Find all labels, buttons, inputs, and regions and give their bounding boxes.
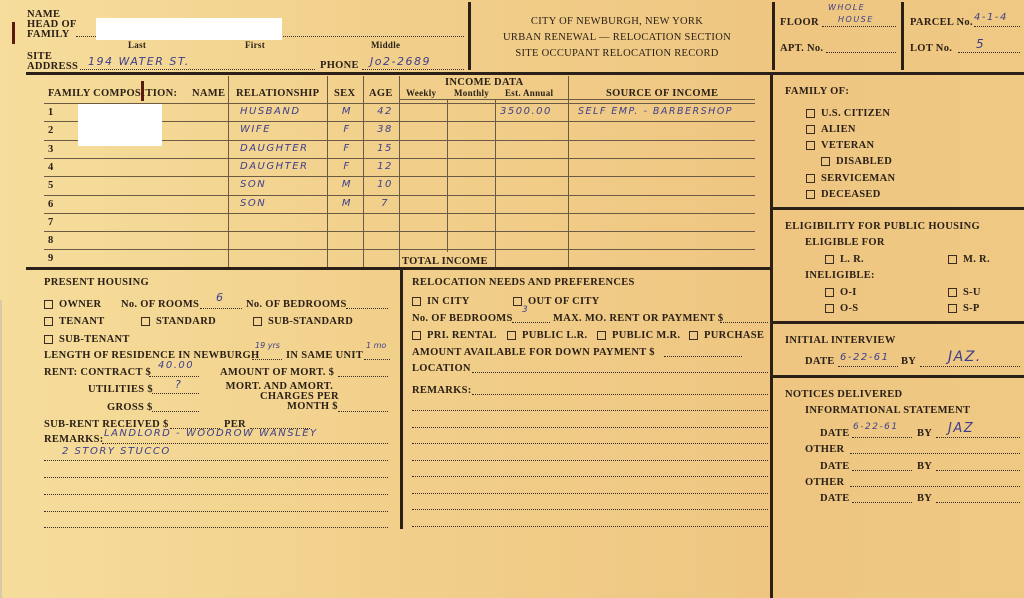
down-payment-field[interactable] <box>664 356 742 357</box>
same-unit-value: 1 mo <box>366 341 386 350</box>
housing-remarks-label: REMARKS: <box>44 434 104 445</box>
checkbox-icon <box>141 317 150 326</box>
member-sex-cell[interactable]: M <box>336 198 358 209</box>
table-right-border <box>770 72 773 598</box>
checkbox-icon <box>825 255 834 264</box>
relocation-remarks-line-3[interactable] <box>412 427 768 428</box>
member-relationship-cell[interactable]: SON <box>240 198 324 209</box>
checkbox-alien[interactable]: ALIEN <box>806 124 856 135</box>
other-1-by-field[interactable] <box>936 470 1020 471</box>
relocation-remarks-label: REMARKS: <box>412 385 472 396</box>
info-by-field[interactable] <box>936 437 1020 438</box>
header-bottom-rule <box>26 72 1024 75</box>
member-sex-cell[interactable]: F <box>336 161 358 172</box>
checkbox-ineligible-sp[interactable]: S-P <box>948 303 980 314</box>
interview-date-field[interactable] <box>838 366 898 367</box>
member-age-cell[interactable]: 42 <box>372 106 398 117</box>
member-relationship-cell[interactable]: WIFE <box>240 124 324 135</box>
member-sex-cell[interactable]: M <box>336 179 358 190</box>
left-edge-shadow <box>0 300 2 598</box>
other-2-date-field[interactable] <box>852 502 912 503</box>
checkbox-icon <box>412 297 421 306</box>
form-title-line-3: SITE OCCUPANT RELOCATION RECORD <box>478 46 756 62</box>
utilities-value: ? <box>175 378 182 391</box>
relocation-remarks-line-5[interactable] <box>412 460 768 461</box>
residence-field[interactable] <box>252 359 282 360</box>
utilities-label: UTILITIES $ <box>88 384 153 395</box>
checkbox-serviceman[interactable]: SERVICEMAN <box>806 173 895 184</box>
checkbox-ineligible-oi[interactable]: O-I <box>825 287 857 298</box>
max-rent-field[interactable] <box>720 322 768 323</box>
name-head-of-family-label: NAME HEAD OF FAMILY <box>27 10 77 40</box>
binder-mark <box>141 81 144 101</box>
other-1-label: OTHER <box>805 444 844 455</box>
col-age-header: AGE <box>369 88 393 99</box>
member-sex-cell[interactable]: F <box>336 124 358 135</box>
checkbox-icon <box>806 141 815 150</box>
row-number: 9 <box>48 253 54 264</box>
col-source-header: SOURCE OF INCOME <box>606 88 718 99</box>
checkbox-deceased[interactable]: DECEASED <box>806 189 881 200</box>
col-line-annual <box>495 100 496 268</box>
member-annual-cell[interactable]: 3500.00 <box>500 106 566 117</box>
rooms-value: 6 <box>216 291 225 304</box>
checkbox-icon <box>806 109 815 118</box>
col-monthly-header: Monthly <box>454 88 489 98</box>
interview-by-field[interactable] <box>920 366 1020 367</box>
checkbox-icon <box>44 300 53 309</box>
col-income-group-header: INCOME DATA <box>445 77 523 88</box>
parcel-value: 4-1-4 <box>974 12 1008 23</box>
relocation-bedrooms-field[interactable] <box>512 322 550 323</box>
rent-contract-value: 40.00 <box>158 360 194 371</box>
checkbox-purchase[interactable]: PURCHASE <box>689 330 764 341</box>
parcel-field-line[interactable] <box>974 26 1020 27</box>
apt-label: APT. No. <box>780 43 823 54</box>
name-middle-label: Middle <box>371 40 400 50</box>
mortgage-amount-label: AMOUNT OF MORT. $ <box>220 367 334 378</box>
checkbox-icon <box>597 331 606 340</box>
other-1-date-field[interactable] <box>852 470 912 471</box>
checkbox-substandard[interactable]: SUB-STANDARD <box>253 316 353 327</box>
parcel-label: PARCEL No. <box>910 17 973 28</box>
rent-contract-label: RENT: CONTRACT $ <box>44 367 151 378</box>
mortgage-amount-field[interactable] <box>338 376 388 377</box>
rooms-label: No. OF ROOMS <box>121 299 199 310</box>
housing-remarks-line-6[interactable] <box>44 527 388 528</box>
col-line-source <box>568 76 569 268</box>
interview-by-label: BY <box>901 356 916 367</box>
other-2-by-label: BY <box>917 493 932 504</box>
interview-by-value: JAZ. <box>948 349 982 365</box>
checkbox-ineligible-su[interactable]: S-U <box>948 287 981 298</box>
residence-value: 19 yrs <box>255 341 280 350</box>
form-title: CITY OF NEWBURGH, NEW YORK URBAN RENEWAL… <box>478 14 756 62</box>
row-number: 8 <box>48 235 54 246</box>
same-unit-label: IN SAME UNIT <box>286 350 363 361</box>
checkbox-icon <box>948 288 957 297</box>
row-number: 4 <box>48 162 54 173</box>
row-number: 1 <box>48 107 54 118</box>
family-of-heading: FAMILY OF: <box>785 86 849 97</box>
same-unit-field[interactable] <box>364 359 390 360</box>
site-address-label: SITE ADDRESS <box>27 52 78 72</box>
eligibility-bottom-rule <box>770 321 1024 324</box>
col-annual-header: Est. Annual <box>505 88 553 98</box>
eligible-for-label: ELIGIBLE FOR <box>805 237 885 248</box>
checkbox-icon <box>825 304 834 313</box>
member-relationship-cell[interactable]: SON <box>240 179 324 190</box>
member-sex-cell[interactable]: M <box>336 106 358 117</box>
checkbox-icon <box>513 297 522 306</box>
checkbox-in-city[interactable]: IN CITY <box>412 296 470 307</box>
housing-remarks-value-1: LANDLORD - WOODROW WANSLEY <box>104 428 318 439</box>
relocation-remarks-line-9[interactable] <box>412 526 768 527</box>
table-bottom-rule <box>26 267 772 270</box>
info-date-label: DATE <box>820 428 850 439</box>
name-first-label: First <box>245 40 265 50</box>
rooms-field[interactable] <box>200 308 242 309</box>
lot-field-line[interactable] <box>958 52 1020 53</box>
checkbox-veteran[interactable]: VETERAN <box>806 140 874 151</box>
checkbox-icon <box>44 317 53 326</box>
checkbox-pri-rental[interactable]: PRI. RENTAL <box>412 330 497 341</box>
bedrooms-field[interactable] <box>346 308 388 309</box>
site-address-value: 194 WATER ST. <box>88 55 190 68</box>
initial-interview-heading: INITIAL INTERVIEW <box>785 335 896 346</box>
relocation-heading: RELOCATION NEEDS AND PREFERENCES <box>412 277 635 288</box>
row-number: 3 <box>48 144 54 155</box>
apt-field-line[interactable] <box>826 52 896 53</box>
interview-date-value: 6-22-61 <box>840 352 890 363</box>
lot-label: LOT No. <box>910 43 952 54</box>
margin-mark <box>12 22 15 44</box>
member-age-cell[interactable]: 7 <box>372 198 398 209</box>
checkbox-owner[interactable]: OWNER <box>44 299 101 310</box>
floor-value-line-2: HOUSE <box>838 15 874 24</box>
other-2-label: OTHER <box>805 477 844 488</box>
member-name-cell[interactable] <box>60 159 226 177</box>
checkbox-icon <box>689 331 698 340</box>
relocation-remarks-line-6[interactable] <box>412 476 768 477</box>
mort-amort-field[interactable] <box>338 411 388 412</box>
member-relationship-cell[interactable]: HUSBAND <box>240 106 324 117</box>
other-1-by-label: BY <box>917 461 932 472</box>
site-address-field-line[interactable] <box>80 69 315 70</box>
relocation-bedrooms-label: No. OF BEDROOMS <box>412 313 513 324</box>
checkbox-icon <box>253 317 262 326</box>
row-number: 7 <box>48 217 54 228</box>
housing-remarks-line-3[interactable] <box>44 477 388 478</box>
checkbox-public-lr[interactable]: PUBLIC L.R. <box>507 330 587 341</box>
checkbox-icon <box>821 157 830 166</box>
member-source-cell[interactable]: SELF EMP. - BARBERSHOP <box>578 106 758 117</box>
col-line-relationship <box>228 76 229 268</box>
housing-relocation-divider <box>400 267 403 529</box>
checkbox-standard[interactable]: STANDARD <box>141 316 216 327</box>
location-label: LOCATION <box>412 363 471 374</box>
checkbox-public-mr[interactable]: PUBLIC M.R. <box>597 330 680 341</box>
checkbox-us-citizen[interactable]: U.S. CITIZEN <box>806 108 890 119</box>
checkbox-eligible-lr[interactable]: L. R. <box>825 254 864 265</box>
member-name-cell[interactable] <box>60 177 226 195</box>
member-relationship-cell[interactable]: DAUGHTER <box>240 161 324 172</box>
checkbox-icon <box>948 255 957 264</box>
col-relationship-header: RELATIONSHIP <box>236 88 319 99</box>
col-line-weekly <box>399 76 400 268</box>
other-1-date-label: DATE <box>820 461 850 472</box>
checkbox-icon <box>412 331 421 340</box>
col-name-header: NAME <box>192 88 225 99</box>
member-name-cell[interactable] <box>60 214 226 232</box>
member-age-cell[interactable]: 38 <box>372 124 398 135</box>
header-divider-2 <box>772 2 775 70</box>
bedrooms-label: No. OF BEDROOMS <box>246 299 347 310</box>
member-name-cell[interactable] <box>60 250 226 268</box>
housing-remarks-value-2: 2 STORY STUCCO <box>62 446 171 457</box>
member-name-redaction <box>78 104 162 146</box>
phone-field-line[interactable] <box>362 69 464 70</box>
relocation-remarks-line-7[interactable] <box>412 493 768 494</box>
header-divider-3 <box>901 2 904 70</box>
floor-label: FLOOR <box>780 17 819 28</box>
housing-remarks-line-2[interactable] <box>44 460 388 461</box>
checkbox-tenant[interactable]: TENANT <box>44 316 105 327</box>
down-payment-label: AMOUNT AVAILABLE FOR DOWN PAYMENT $ <box>412 347 655 358</box>
present-housing-heading: PRESENT HOUSING <box>44 277 149 288</box>
col-sex-header: SEX <box>334 88 355 99</box>
checkbox-disabled[interactable]: DISABLED <box>821 156 892 167</box>
mort-amort-label: MORT. AND AMORT. CHARGES PER MONTH $ <box>220 382 339 412</box>
other-2-date-label: DATE <box>820 493 850 504</box>
member-name-cell[interactable] <box>60 232 226 250</box>
family-composition-heading: FAMILY COMPOSITION: <box>48 88 177 99</box>
row-number: 2 <box>48 125 54 136</box>
name-last-label: Last <box>128 40 146 50</box>
residence-label: LENGTH OF RESIDENCE IN NEWBURGH <box>44 350 259 361</box>
checkbox-icon <box>948 304 957 313</box>
checkbox-icon <box>806 125 815 134</box>
interview-bottom-rule <box>770 375 1024 378</box>
member-age-cell[interactable]: 15 <box>372 143 398 154</box>
checkbox-icon <box>806 190 815 199</box>
checkbox-eligible-mr[interactable]: M. R. <box>948 254 990 265</box>
phone-label: PHONE <box>320 60 359 71</box>
member-relationship-cell[interactable]: DAUGHTER <box>240 143 324 154</box>
eligibility-heading: ELIGIBILITY FOR PUBLIC HOUSING <box>785 221 980 232</box>
info-by-value: JAZ <box>948 421 974 436</box>
relocation-remarks-line-8[interactable] <box>412 509 768 510</box>
info-date-value: 6-22-61 <box>853 422 899 432</box>
checkbox-icon <box>806 174 815 183</box>
notices-heading: NOTICES DELIVERED <box>785 389 902 400</box>
checkbox-subtenant[interactable]: SUB-TENANT <box>44 334 130 345</box>
other-2-field[interactable] <box>850 486 1020 487</box>
family-of-bottom-rule <box>770 207 1024 210</box>
relocation-remarks-line-2[interactable] <box>412 410 768 411</box>
name-redaction <box>96 18 282 40</box>
interview-date-label: DATE <box>805 356 835 367</box>
col-line-sex <box>327 76 328 268</box>
other-1-field[interactable] <box>850 453 1020 454</box>
checkbox-icon <box>44 335 53 344</box>
info-by-label: BY <box>917 428 932 439</box>
other-2-by-field[interactable] <box>936 502 1020 503</box>
rent-contract-field[interactable] <box>149 376 199 377</box>
total-income-label: TOTAL INCOME <box>402 256 488 267</box>
housing-remarks-line-1[interactable] <box>102 443 388 444</box>
relocation-remarks-line-4[interactable] <box>412 443 768 444</box>
row-number: 6 <box>48 199 54 210</box>
ineligible-label: INELIGIBLE: <box>805 270 875 281</box>
income-subheader-rule <box>399 99 755 100</box>
informational-statement-label: INFORMATIONAL STATEMENT <box>805 405 970 416</box>
gross-field[interactable] <box>152 411 199 412</box>
phone-value: Jo2-2689 <box>370 55 431 68</box>
housing-remarks-line-4[interactable] <box>44 494 388 495</box>
lot-value: 5 <box>976 37 985 51</box>
member-name-cell[interactable] <box>60 196 226 214</box>
col-weekly-header: Weekly <box>406 88 436 98</box>
checkbox-icon <box>825 288 834 297</box>
member-sex-cell[interactable]: F <box>336 143 358 154</box>
checkbox-icon <box>507 331 516 340</box>
location-field[interactable] <box>472 372 768 373</box>
form-title-line-2: URBAN RENEWAL — RELOCATION SECTION <box>478 30 756 46</box>
floor-field-line[interactable] <box>822 26 896 27</box>
gross-label: GROSS $ <box>107 402 153 413</box>
col-line-age <box>363 76 364 268</box>
info-date-field[interactable] <box>852 437 912 438</box>
member-age-cell[interactable]: 12 <box>372 161 398 172</box>
max-rent-label: MAX. MO. RENT OR PAYMENT $ <box>553 313 723 324</box>
relocation-bedrooms-value: 3 <box>522 305 529 315</box>
member-age-cell[interactable]: 10 <box>372 179 398 190</box>
floor-value-line-1: WHOLE <box>828 3 865 12</box>
row-number: 5 <box>48 180 54 191</box>
utilities-field[interactable] <box>152 393 199 394</box>
header-divider-1 <box>468 2 471 70</box>
checkbox-ineligible-os[interactable]: O-S <box>825 303 858 314</box>
form-title-line-1: CITY OF NEWBURGH, NEW YORK <box>478 14 756 30</box>
housing-remarks-line-5[interactable] <box>44 511 388 512</box>
relocation-remarks-line-1[interactable] <box>472 394 768 395</box>
